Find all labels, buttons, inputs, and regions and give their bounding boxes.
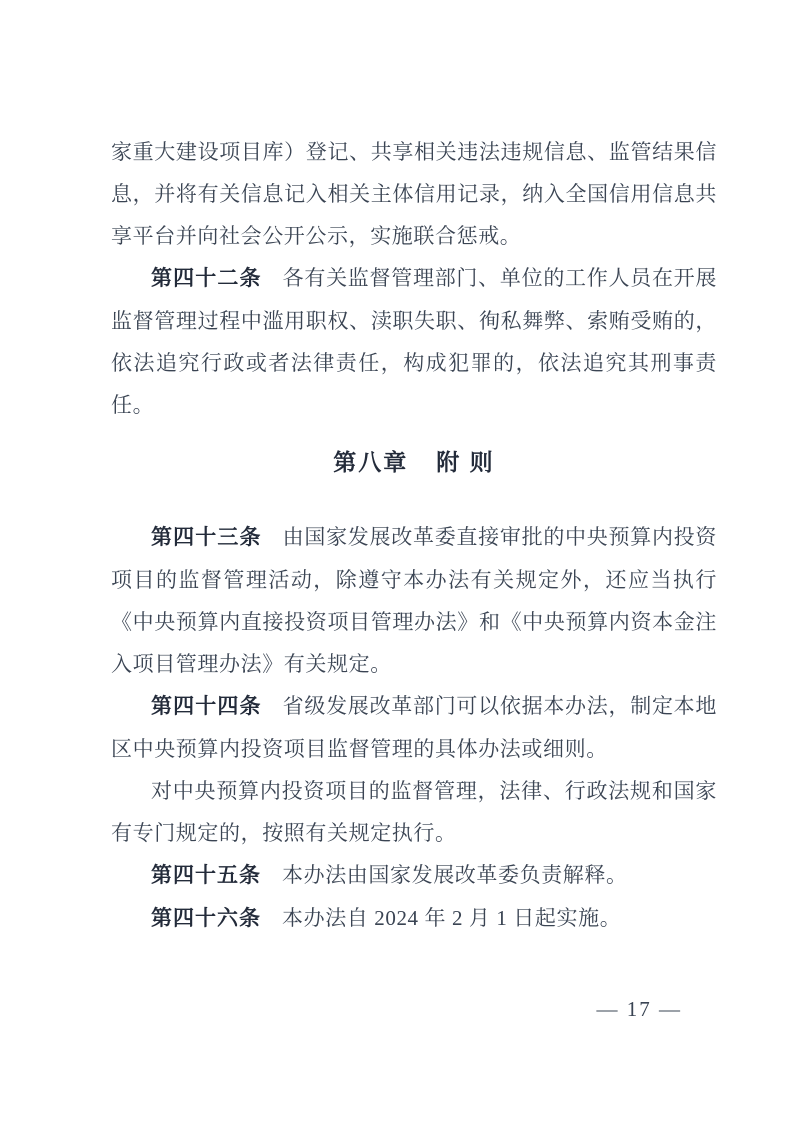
document-page: 家重大建设项目库）登记、共享相关违法违规信息、监管结果信息，并将有关信息记入相关… (0, 0, 794, 1123)
document-body: 家重大建设项目库）登记、共享相关违法违规信息、监管结果信息，并将有关信息记入相关… (111, 131, 717, 940)
paragraph-continuation: 家重大建设项目库）登记、共享相关违法违规信息、监管结果信息，并将有关信息记入相关… (111, 131, 717, 257)
article-46-number: 第四十六条 (151, 907, 261, 930)
chapter-title: 附 则 (436, 449, 494, 475)
paragraph-article-46: 第四十六条本办法自 2024 年 2 月 1 日起实施。 (111, 897, 717, 940)
article-44-number: 第四十四条 (151, 695, 262, 718)
chapter-number: 第八章 (333, 449, 408, 475)
article-43-number: 第四十三条 (151, 526, 262, 549)
page-number: — 17 — (597, 997, 683, 1021)
paragraph-article-43: 第四十三条由国家发展改革委直接审批的中央预算内投资项目的监督管理活动，除遵守本办… (111, 516, 717, 685)
article-45-text: 本办法由国家发展改革委负责解释。 (282, 863, 628, 887)
article-46-text: 本办法自 2024 年 2 月 1 日起实施。 (282, 906, 621, 930)
paragraph-supplementary: 对中央预算内投资项目的监督管理，法律、行政法规和国家有专门规定的，按照有关规定执… (111, 770, 717, 854)
chapter-8-heading: 第八章附 则 (111, 444, 717, 480)
article-45-number: 第四十五条 (151, 864, 261, 887)
paragraph-article-42: 第四十二条各有关监督管理部门、单位的工作人员在开展监督管理过程中滥用职权、渎职失… (111, 257, 717, 426)
article-42-number: 第四十二条 (151, 267, 262, 290)
paragraph-article-44: 第四十四条省级发展改革部门可以依据本办法，制定本地区中央预算内投资项目监督管理的… (111, 685, 717, 770)
paragraph-article-45: 第四十五条本办法由国家发展改革委负责解释。 (111, 854, 717, 897)
